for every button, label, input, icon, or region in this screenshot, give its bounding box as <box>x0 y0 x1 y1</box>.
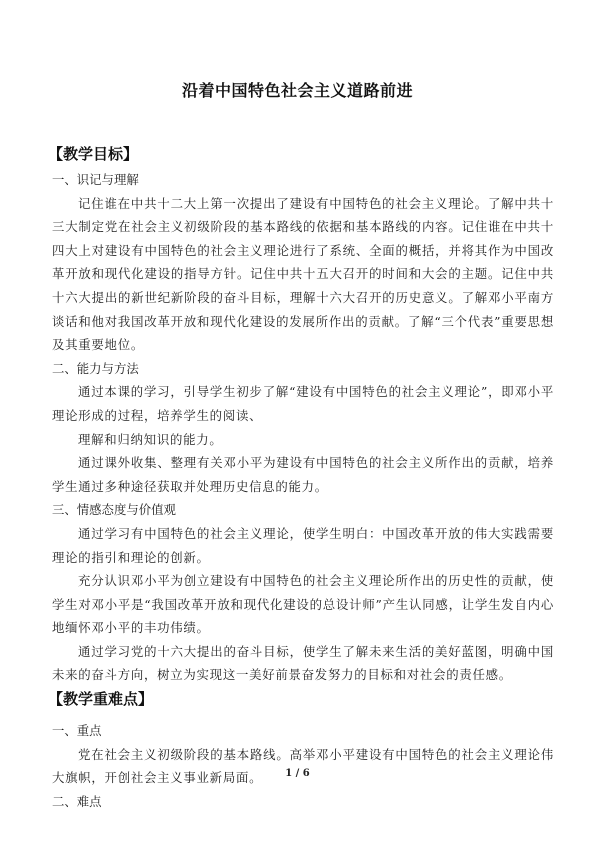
subsection-heading-memorize-understand: 一、识记与理解 <box>52 168 554 192</box>
document-body: 【教学目标】 一、识记与理解 记住谁在中共十二大上第一次提出了建设有中国特色的社… <box>52 142 554 813</box>
page-number: 1 / 6 <box>0 768 595 779</box>
paragraph: 记住谁在中共十二大上第一次提出了建设有中国特色的社会主义理论。了解中共十三大制定… <box>52 192 554 357</box>
subsection-heading-difficult-points: 二、难点 <box>52 790 554 814</box>
document-title: 沿着中国特色社会主义道路前进 <box>0 78 595 101</box>
paragraph: 通过本课的学习，引导学生初步了解“建设有中国特色的社会主义理论”，即邓小平理论形… <box>52 380 554 427</box>
paragraph: 充分认识邓小平为创立建设有中国特色的社会主义理论所作出的历史性的贡献，使学生对邓… <box>52 569 554 640</box>
document-page: 沿着中国特色社会主义道路前进 【教学目标】 一、识记与理解 记住谁在中共十二大上… <box>0 0 595 841</box>
paragraph: 党在社会主义初级阶段的基本路线。高举邓小平建设有中国特色的社会主义理论伟大旗帜，… <box>52 743 554 790</box>
paragraph: 理解和归纳知识的能力。 <box>52 428 554 452</box>
paragraph: 通过学习党的十六大提出的奋斗目标，使学生了解未来生活的美好蓝图，明确中国未来的奋… <box>52 640 554 687</box>
subsection-heading-key-points: 一、重点 <box>52 719 554 743</box>
paragraph: 通过学习有中国特色的社会主义理论，使学生明白：中国改革开放的伟大实践需要理论的指… <box>52 522 554 569</box>
section-heading-teaching-goals: 【教学目标】 <box>48 142 554 166</box>
subsection-heading-emotion-values: 三、情感态度与价值观 <box>52 498 554 522</box>
subsection-heading-ability-method: 二、能力与方法 <box>52 357 554 381</box>
paragraph: 通过课外收集、整理有关邓小平为建设有中国特色的社会主义所作出的贡献，培养学生通过… <box>52 451 554 498</box>
section-heading-key-difficult-points: 【教学重难点】 <box>48 687 554 711</box>
